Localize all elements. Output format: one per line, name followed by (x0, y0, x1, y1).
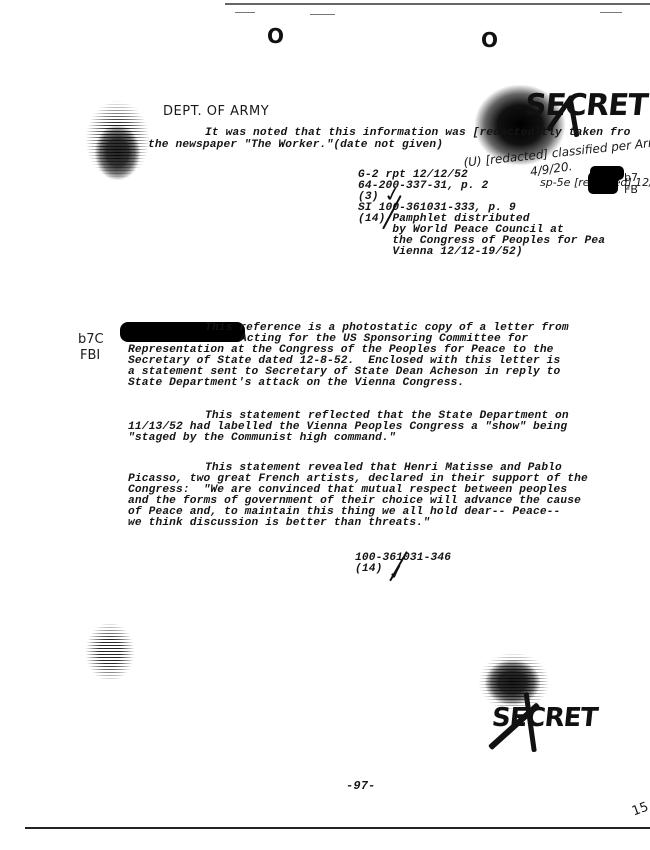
paragraph-2-line: State Department's attack on the Vienna … (128, 378, 569, 389)
scan-smudge-left-top-core (95, 125, 140, 180)
scan-speck (310, 14, 335, 15)
paragraph-1-line-2: the newspaper "The Worker."(date not giv… (148, 140, 443, 151)
paragraph-3: This statement reflected that the State … (128, 411, 569, 444)
secret-stamp-top: SECRET (523, 88, 649, 123)
scan-bottom-edge-line (25, 827, 650, 829)
paragraph-3-line: "staged by the Communist high command." (128, 433, 569, 444)
punch-hole-mark-right: O (481, 28, 498, 52)
paragraph-4-line: we think discussion is better than threa… (128, 518, 588, 529)
scan-top-edge-line (225, 3, 650, 5)
handwritten-heading: DEPT. OF ARMY (163, 104, 269, 119)
paragraph-2: This reference is a photostatic copy of … (128, 323, 569, 389)
corner-handwritten-number: 15 (630, 800, 650, 820)
citation-line: Vienna 12/12-19/52) (358, 247, 605, 258)
scan-smudge-left-bottom (85, 622, 135, 682)
margin-note-fbi: FBI (80, 349, 100, 363)
scan-speck (235, 12, 255, 13)
page-number: -97- (346, 781, 375, 792)
paragraph-1-line-1: It was noted that this information was [… (205, 128, 631, 139)
redaction-blob-bottom-core (485, 660, 540, 705)
handwritten-exemption-code: b7 FB (624, 172, 650, 196)
margin-note-b7c: b7C (78, 333, 104, 347)
punch-hole-mark-left: O (267, 24, 284, 48)
paragraph-4: This statement revealed that Henri Matis… (128, 463, 588, 529)
scan-speck (600, 12, 622, 13)
